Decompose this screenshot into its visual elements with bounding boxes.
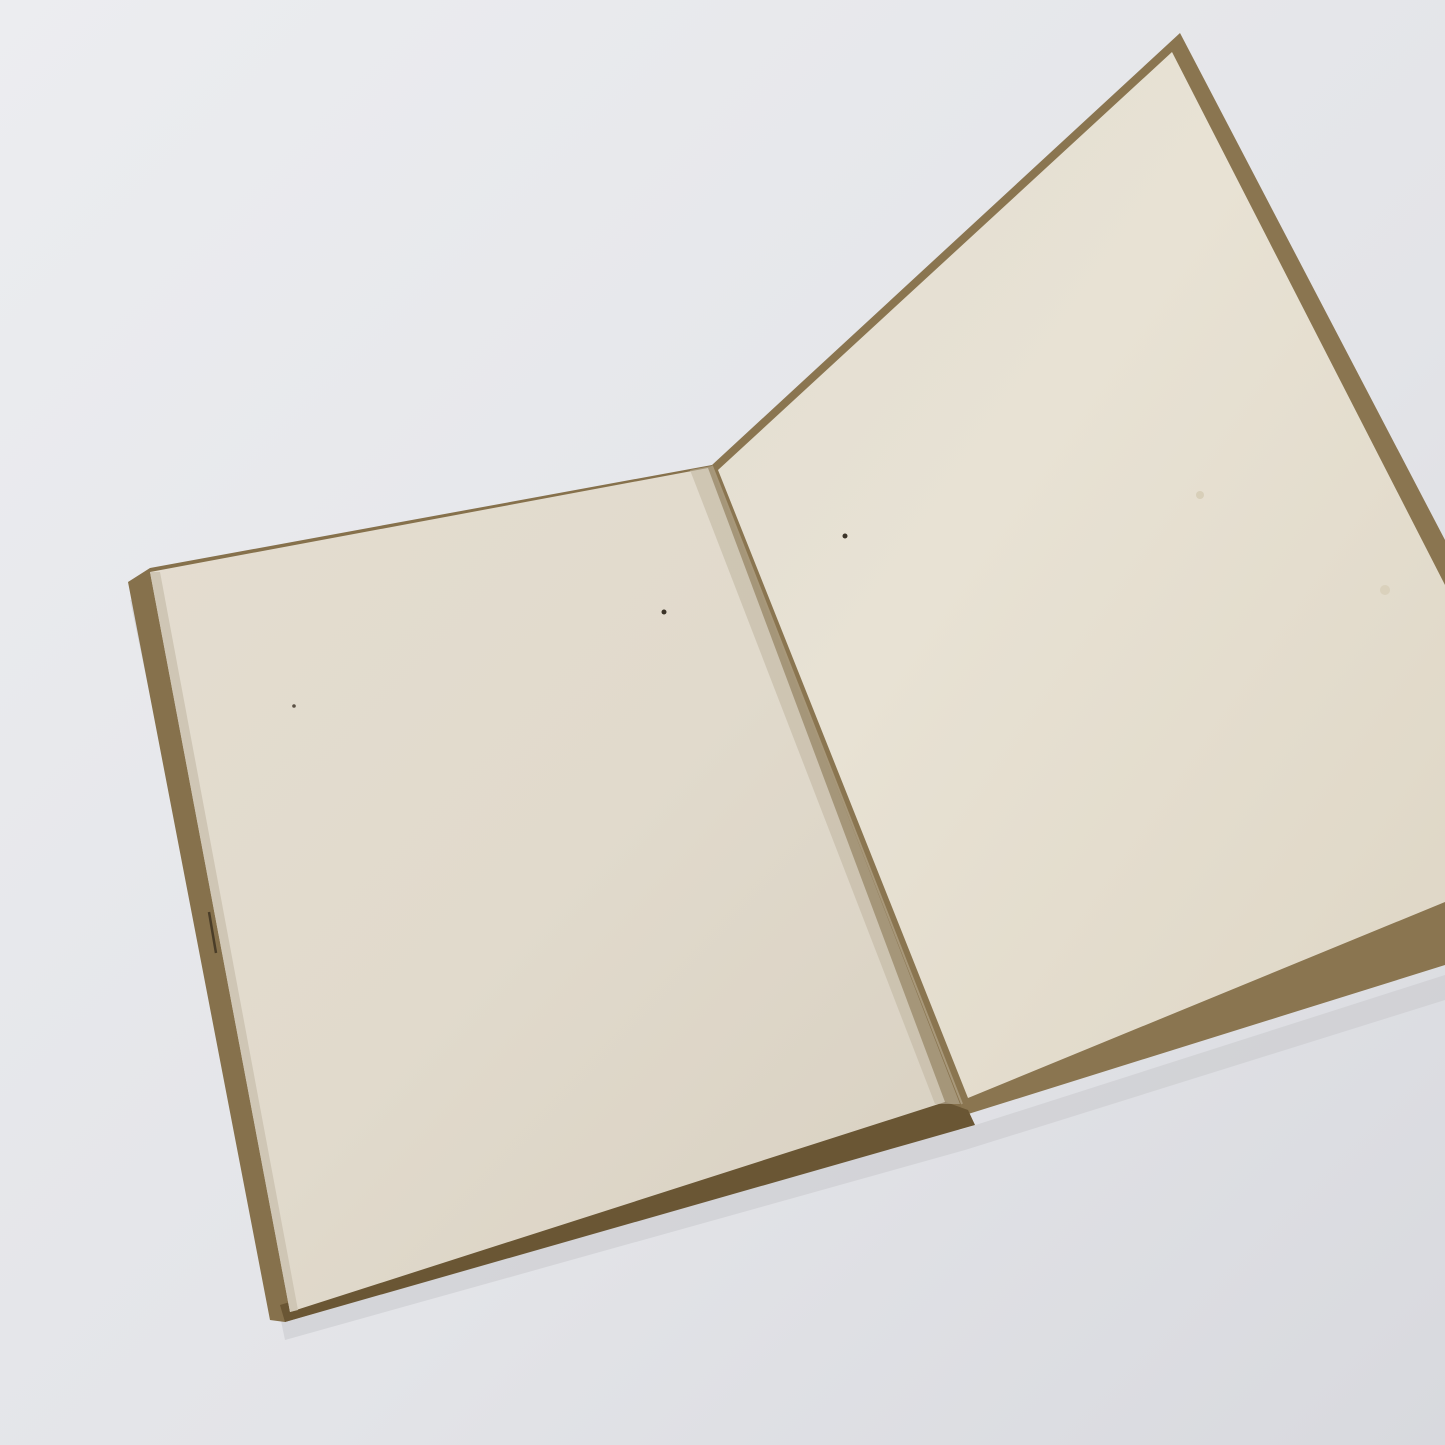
page-speck [292, 704, 296, 708]
page-speck [662, 610, 667, 615]
page-stain [1380, 585, 1390, 595]
book-photo [0, 0, 1445, 1445]
page-stain [1196, 491, 1204, 499]
page-speck [843, 534, 848, 539]
photo-scene [0, 0, 1445, 1445]
